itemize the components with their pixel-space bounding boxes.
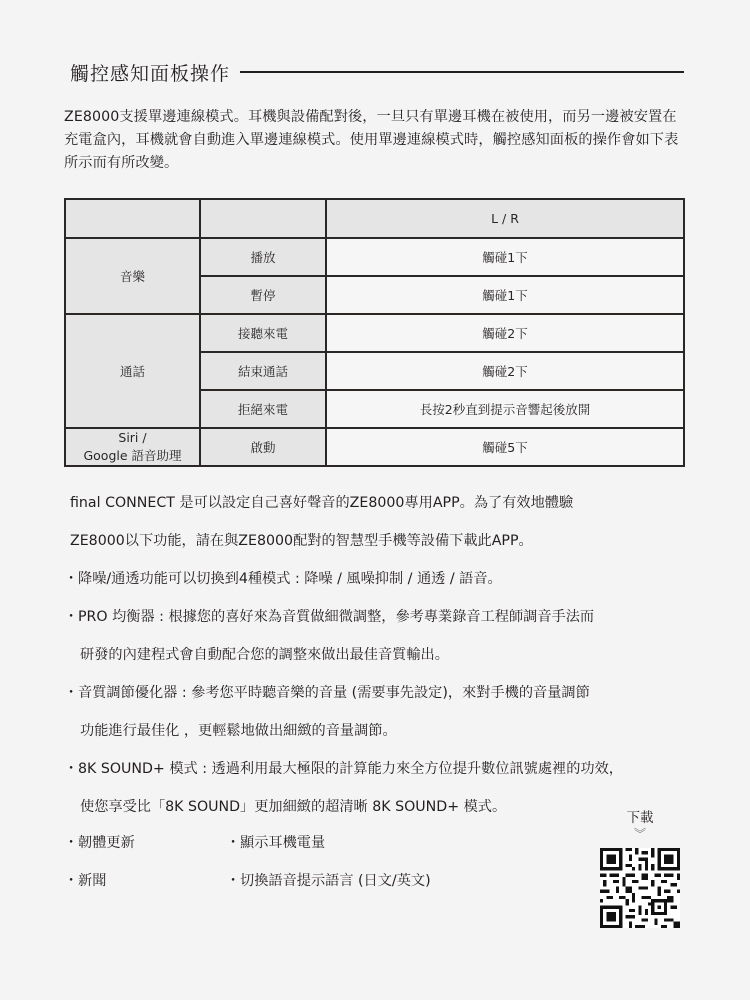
double-chevron-down-icon: ︾ <box>596 828 684 840</box>
feature-item: ・音質調節優化器 : 參考您平時聽音樂的音量 (需要事先設定)，來對手機的音量調… <box>64 682 590 702</box>
bullet-icon: ・ <box>64 568 78 588</box>
bullet-icon: ・ <box>64 832 78 852</box>
bullet-icon: ・ <box>64 870 78 890</box>
short-feature-item: ・顯示耳機電量 <box>226 832 325 852</box>
section-header: 觸控感知面板操作 <box>70 58 684 86</box>
short-feature-item: ・韌體更新 <box>64 832 135 852</box>
header-cell-lr: L / R <box>326 199 684 238</box>
table-row: 音樂 播放 觸碰1下 <box>65 238 684 276</box>
intro-paragraph: ZE8000支援單邊連線模式。耳機與設備配對後，一旦只有單邊耳機在被使用，而另一… <box>64 106 689 175</box>
title-divider <box>240 71 684 73</box>
action-cell: 暫停 <box>200 276 326 314</box>
operation-cell: 觸碰1下 <box>326 238 684 276</box>
feature-item: ・PRO 均衡器 : 根據您的喜好來為音質做細微調整，參考專業錄音工程師調音手法… <box>64 606 594 626</box>
touch-operations-table: L / R 音樂 播放 觸碰1下 暫停 觸碰1下 通話 接聽來電 觸碰2下 結束… <box>64 198 685 467</box>
short-feature-item: ・切換語音提示語言 (日文/英文) <box>226 870 431 890</box>
category-cell-call: 通話 <box>65 314 200 428</box>
qr-code[interactable] <box>600 848 680 928</box>
short-feature-item: ・新聞 <box>64 870 106 890</box>
table-row: Siri / Google 語音助理 啟動 觸碰5下 <box>65 428 684 466</box>
download-callout: 下載 ︾ <box>596 806 684 840</box>
operation-cell: 長按2秒直到提示音響起後放開 <box>326 390 684 428</box>
action-cell: 啟動 <box>200 428 326 466</box>
action-cell: 播放 <box>200 238 326 276</box>
table-header-row: L / R <box>65 199 684 238</box>
category-label-line2: Google 語音助理 <box>83 448 181 463</box>
bullet-icon: ・ <box>64 758 78 778</box>
header-cell-action <box>200 199 326 238</box>
operation-cell: 觸碰2下 <box>326 352 684 390</box>
operation-cell: 觸碰5下 <box>326 428 684 466</box>
bullet-icon: ・ <box>64 682 78 702</box>
feature-item-continuation: 研發的內建程式會自動配合您的調整來做出最佳音質輸出。 <box>80 644 449 664</box>
qr-code-icon <box>600 848 680 928</box>
bullet-icon: ・ <box>64 606 78 626</box>
category-label-line1: Siri / <box>118 430 146 445</box>
bullet-icon: ・ <box>226 832 240 852</box>
bullet-icon: ・ <box>226 870 240 890</box>
action-cell: 拒絕來電 <box>200 390 326 428</box>
app-intro-line: ZE8000以下功能，請在與ZE8000配對的智慧型手機等設備下載此APP。 <box>70 530 533 550</box>
feature-item-continuation: 功能進行最佳化 ，更輕鬆地做出細緻的音量調節。 <box>80 720 397 740</box>
category-cell-music: 音樂 <box>65 238 200 314</box>
header-cell-category <box>65 199 200 238</box>
operation-cell: 觸碰1下 <box>326 276 684 314</box>
action-cell: 結束通話 <box>200 352 326 390</box>
operation-cell: 觸碰2下 <box>326 314 684 352</box>
section-title: 觸控感知面板操作 <box>70 59 230 86</box>
download-label: 下載 <box>596 806 684 826</box>
category-cell-voice-assistant: Siri / Google 語音助理 <box>65 428 200 466</box>
feature-item-continuation: 使您享受比「8K SOUND」更加細緻的超清晰 8K SOUND+ 模式。 <box>80 796 506 816</box>
feature-item: ・降噪/通透功能可以切換到4種模式 : 降噪 / 風噪抑制 / 通透 / 語音。 <box>64 568 502 588</box>
feature-item: ・8K SOUND+ 模式 : 透過利用最大極限的計算能力來全方位提升數位訊號處… <box>64 758 623 778</box>
app-intro-line: final CONNECT 是可以設定自己喜好聲音的ZE8000專用APP。為了… <box>70 492 573 512</box>
table-row: 通話 接聽來電 觸碰2下 <box>65 314 684 352</box>
action-cell: 接聽來電 <box>200 314 326 352</box>
